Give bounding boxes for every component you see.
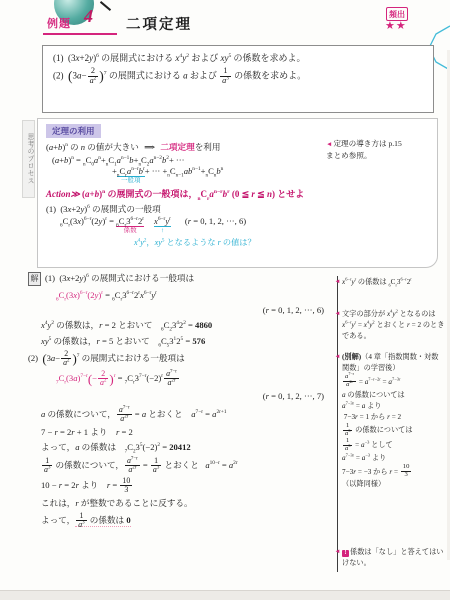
general-term-label: 一般項 xyxy=(121,177,141,185)
problem-box: (1) (3x+2y)6 の展開式における x4y2 および xy5 の係数を求… xyxy=(42,45,434,113)
answer-badge: 解 xyxy=(28,272,41,286)
r-range: (r = 0, 1, 2, ···, 6) xyxy=(185,216,246,226)
thinking-process-panel: 定理の利用 ◄定理の導き方は p.15 まとめ参照。 (a+b)n の n の値… xyxy=(37,118,438,268)
notes-divider xyxy=(337,276,338,572)
left-arrow-icon: ◄ xyxy=(335,353,341,362)
solution-line: 7 − r = 2r + 1 より r = 2 xyxy=(41,426,334,439)
variable-part: x6−ryr↑ xyxy=(154,216,171,227)
margin-note-caution: ◄ !係数は「なし」と答えてはいけない。 xyxy=(342,547,445,569)
solution-conclusion: よって，1a3 の係数は 0 xyxy=(41,512,334,530)
exercise-underline xyxy=(43,33,117,35)
solution-line: (r = 0, 1, 2, ···, 6) xyxy=(28,304,334,317)
up-arrow-icon: ↑ xyxy=(161,227,164,235)
solution-line: 10 − r = 2r より r = 103 xyxy=(41,477,334,495)
process-example1-formula: 6Cr(3x)6−r(2y)r = 6Cr36−r2r係数x6−ryr↑(r =… xyxy=(60,216,437,227)
side-note-line1: 定理の導き方は p.15 xyxy=(333,139,401,148)
difficulty-stars: ★★ xyxy=(385,19,407,32)
textbook-page: 例題 4 二項定理 頻出 ★★ (1) (3x+2y)6 の展開式における x4… xyxy=(0,0,450,600)
solution-line: x4y2 の係数は，r = 2 とおいて 6C23422 = 4860 xyxy=(41,319,334,332)
problem-item-2: (2) (3a−2a2)7 の展開式における a および 1a3 の係数を求めよ… xyxy=(53,67,423,85)
solution-line: (2) (3a−2a2)7 の展開式における一般項は xyxy=(28,350,334,368)
caution-icon: ! xyxy=(342,550,349,557)
exercise-number: 4 xyxy=(84,6,93,27)
coefficient-label: 係数 xyxy=(124,227,137,235)
action-line: Action≫(a+b)n の展開式の一般項は，nCran−rbr (0 ≦ r… xyxy=(44,187,437,200)
left-arrow-icon: ◄ xyxy=(335,278,341,287)
page-title: 二項定理 xyxy=(126,13,192,34)
general-term-underlined: nCran−rbr一般項 xyxy=(117,166,145,177)
formula-lhs: 6Cr(3x)6−r(2y)r = xyxy=(60,216,116,226)
binomial-expansion-line2: +nCran−rbr一般項+ ··· +nCn−1abn−1+nCnbn xyxy=(112,166,437,177)
solution-line: よって，a の係数は 7C235(−2)2 = 20412 xyxy=(41,441,334,454)
solution-line: 1a3 の係数について，a7−ra2r = 1a3 とおくと a10−r = a… xyxy=(41,457,334,475)
process-question: x4y2，xy5 となるような r の値は？ xyxy=(134,237,437,248)
accent-line xyxy=(100,1,111,11)
margin-note-1: ◄ x6−ryr の係数は 6Cr36−r2r xyxy=(342,277,445,288)
solution-line: 6Cr(3x)6−r(2y)r = 6Cr36−r2rx6−ryr xyxy=(56,289,334,302)
expansion-tail: + ··· +nCn−1abn−1+nCnbn xyxy=(145,166,224,176)
solution-line: 7Cr(3a)7−r(−2a2)r = 7Cr37−r(−2)ra7−ra2r xyxy=(56,370,334,388)
margin-note-alternate-solution: ◄ (別解)（4 章「指数関数・対数関数」の学習後）a7−ra2r = a7−r… xyxy=(342,352,445,491)
solution-line: xy5 の係数は，r = 5 とおいて 6C53125 = 576 xyxy=(41,335,334,348)
problem-item-1: (1) (3x+2y)6 の展開式における x4y2 および xy5 の係数を求… xyxy=(53,51,423,64)
solution-panel: 解(1) (3x+2y)6 の展開式における一般項は 6Cr(3x)6−r(2y… xyxy=(28,272,334,532)
left-arrow-icon: ◄ xyxy=(335,548,341,557)
exercise-label: 例題 xyxy=(47,15,71,31)
theorem-use-badge: 定理の利用 xyxy=(46,124,101,138)
left-arrow-icon: ◄ xyxy=(335,310,341,319)
solution-line: これは，r が整数であることに反する。 xyxy=(41,497,334,510)
process-example1-line: (1) (3x+2y)6 の展開式の一般項 xyxy=(46,203,437,215)
solution-line: a の係数について，a7−ra2r = a とおくと a7−r = a2r+1 xyxy=(41,406,334,424)
side-note-line2: まとめ参照。 xyxy=(326,151,372,160)
coefficient-part: 6Cr36−r2r係数 xyxy=(116,216,144,227)
page-bottom-edge xyxy=(0,590,450,600)
left-arrow-icon: ◄ xyxy=(326,141,332,148)
solution-line: (r = 0, 1, 2, ···, 7) xyxy=(28,390,334,403)
solution-line: 解(1) (3x+2y)6 の展開式における一般項は xyxy=(28,272,334,286)
margin-note-2: ◄ 文字の部分が x4y2 となるのは x6−ryr = x4y2 とおくと r… xyxy=(342,309,445,342)
process-vertical-label: 思考のプロセス xyxy=(22,120,35,198)
process-side-note: ◄定理の導き方は p.15 まとめ参照。 xyxy=(326,138,432,162)
